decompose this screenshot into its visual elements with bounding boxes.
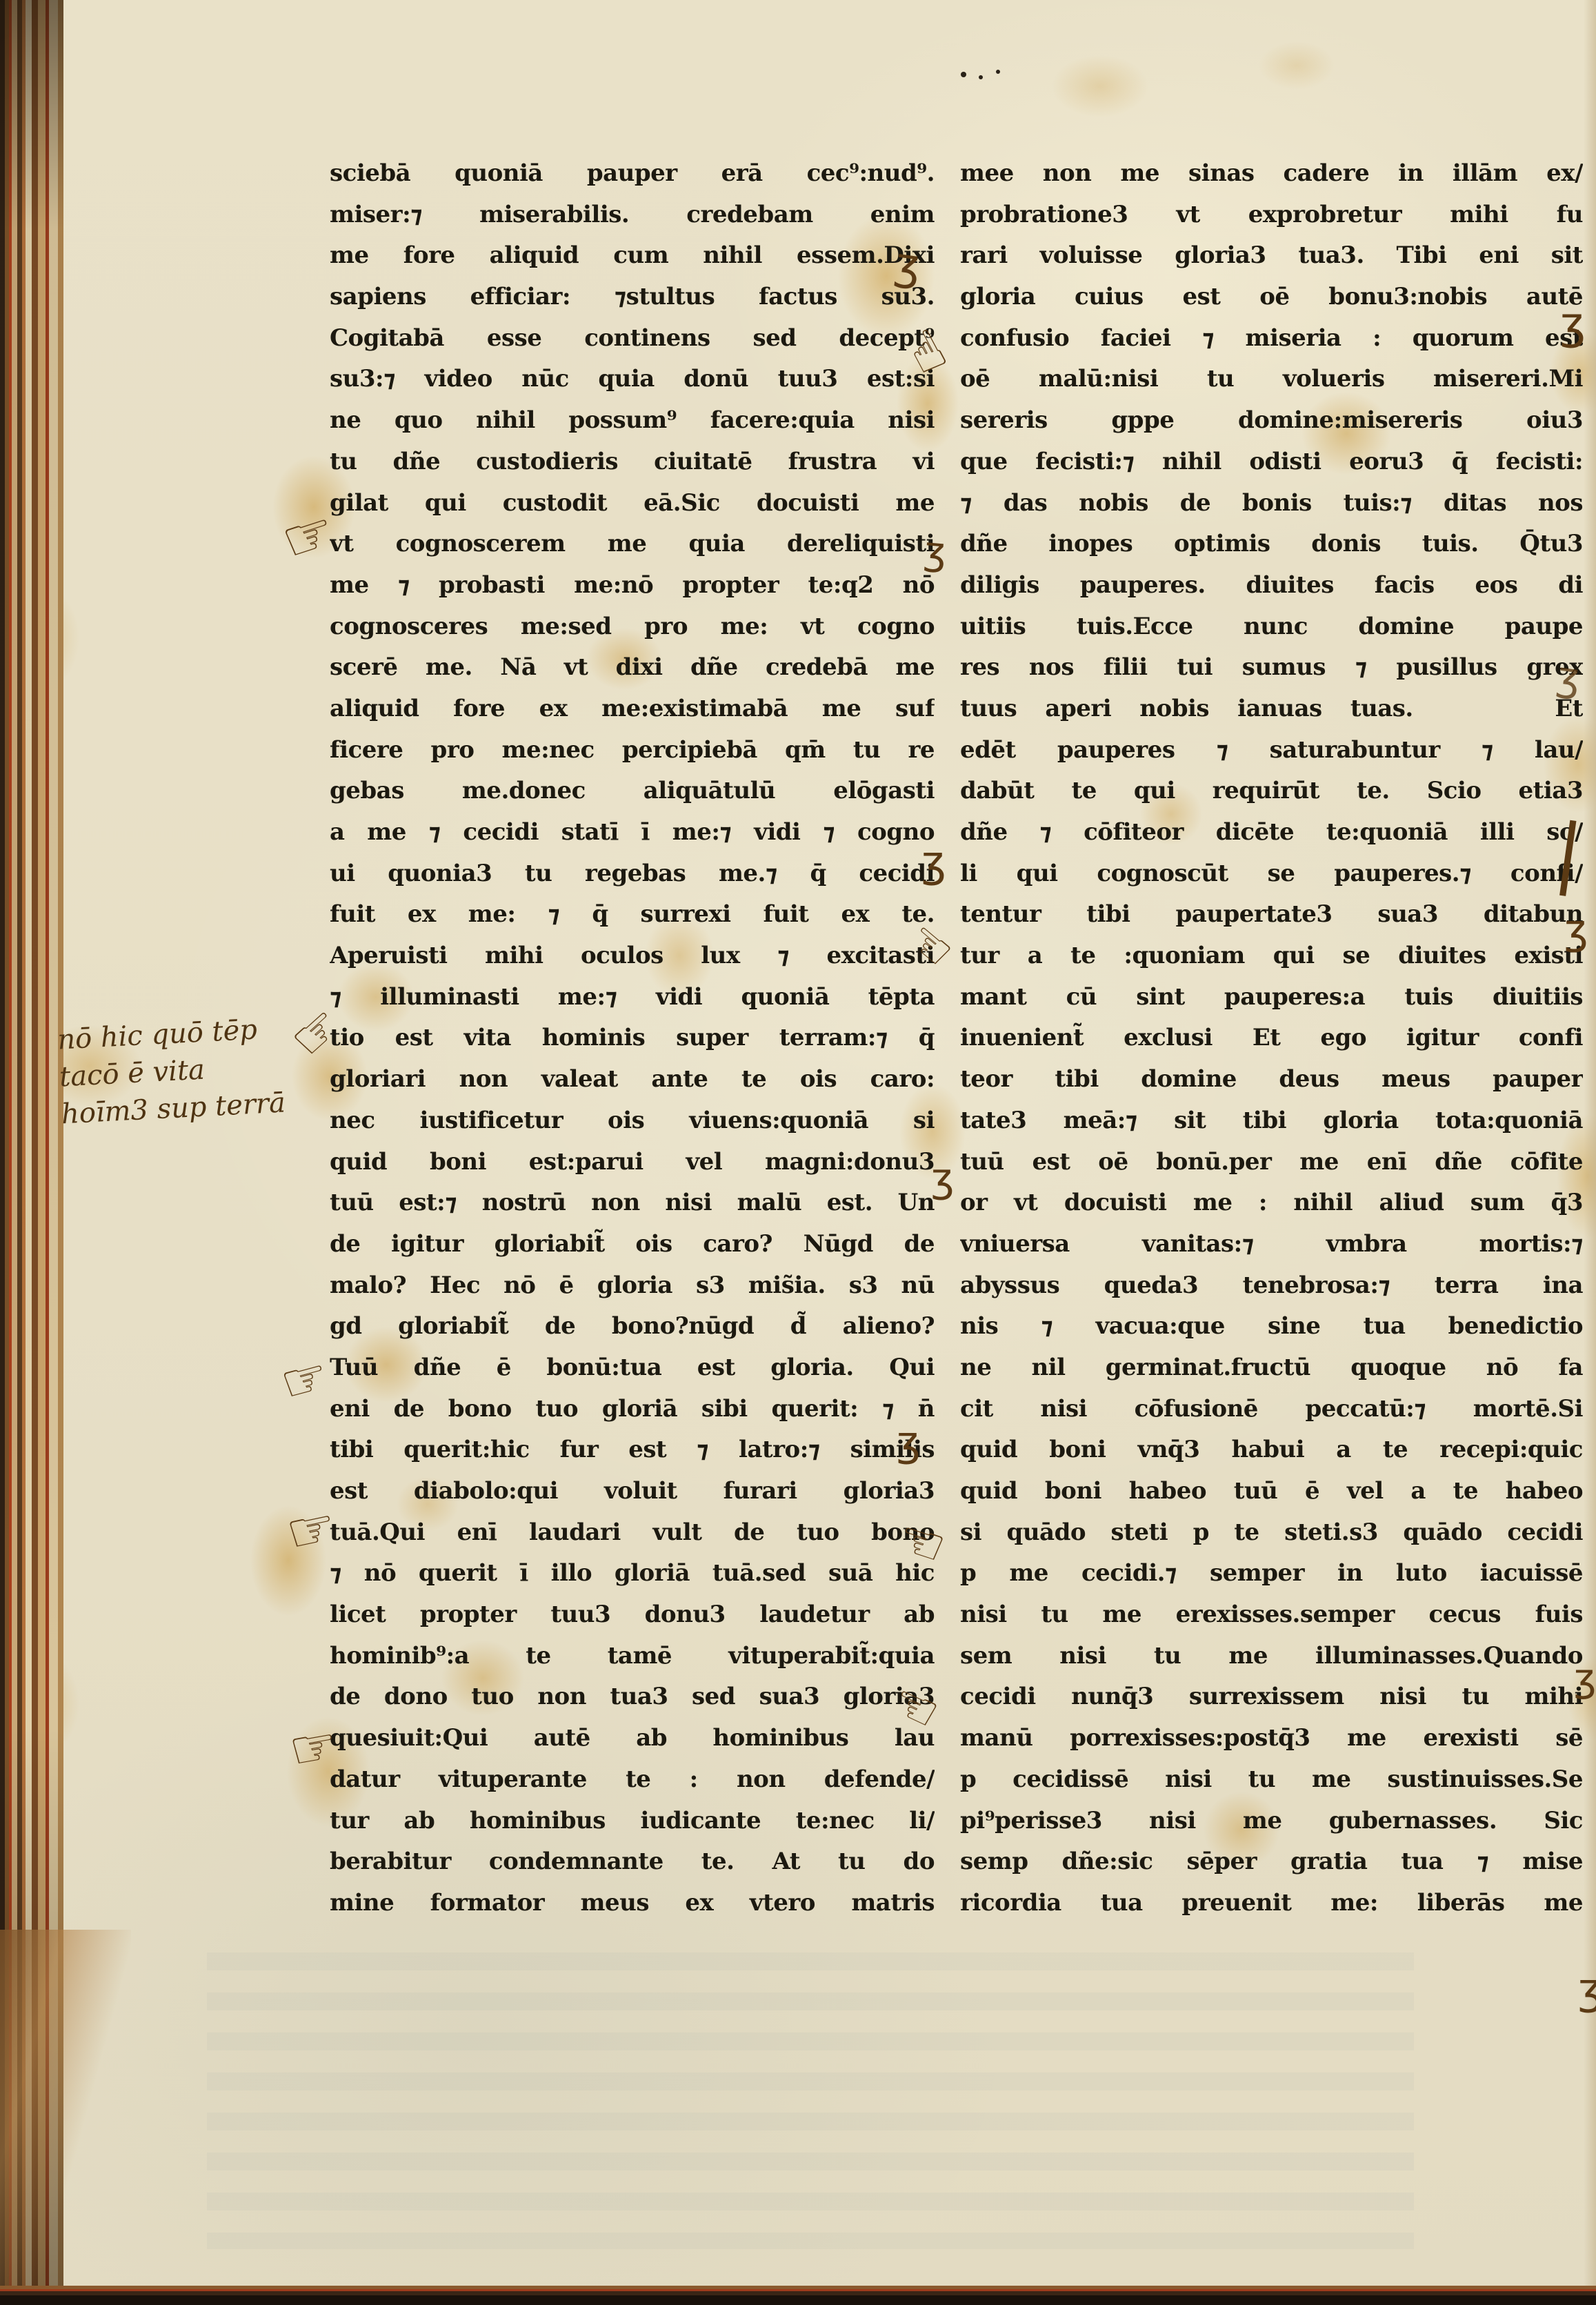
text-line: cit nisi cōfusionē peccatū:⁊ mortē.Si xyxy=(960,1389,1583,1430)
text-line: malo? Hec nō ē gloria s3 mis̃ia. s3 nū xyxy=(330,1265,935,1307)
text-line: de dono tuo non tua3 sed sua3 gloria3 xyxy=(330,1676,935,1718)
text-line: cognosceres me:sed pro me: vt cogno xyxy=(330,606,935,648)
handwritten-margin-note: nō hic quō tēptacō ē vitahoīm3 sup terrā xyxy=(57,1010,286,1134)
text-line: miser:⁊ miserabilis. credebam enim xyxy=(330,195,935,236)
text-line: nis ⁊ vacua:que sine tua benedictio xyxy=(960,1306,1583,1347)
verso-bleed-through xyxy=(207,1952,1414,2249)
text-line: gloria cuius est oē bonu3:nobis autē xyxy=(960,277,1583,318)
flourish-icon: ʒ xyxy=(1560,302,1586,346)
text-line: eni de bono tuo gloriā sibi querit: ⁊ n̄ xyxy=(330,1389,935,1430)
text-column-right: mee non me sinas cadere in illām ex/prob… xyxy=(960,153,1583,1924)
flourish-icon: ʒ xyxy=(931,1158,955,1198)
text-line: tur ab hominibus iudicante te:nec li/ xyxy=(330,1801,935,1842)
text-line: inuenient̃ exclusi Et ego igitur confi xyxy=(960,1018,1583,1059)
text-line: que fecisti:⁊ nihil odisti eoru3 q̄ feci… xyxy=(960,442,1583,483)
text-line: ricordia tua preuenit me: liberās me xyxy=(960,1883,1583,1924)
text-line: mant cū sint pauperes:a tuis diuitiis xyxy=(960,977,1583,1018)
text-line: Tuū dñe ē bonū:tua est gloria. Qui xyxy=(330,1347,935,1389)
text-line: tio est vita hominis super terram:⁊ q̄ xyxy=(330,1018,935,1059)
text-line: tate3 meā:⁊ sit tibi gloria tota:quoniā xyxy=(960,1100,1583,1142)
text-line: quid boni est:parui vel magni:donu3 xyxy=(330,1142,935,1183)
text-line: teor tibi domine deus meus pauper xyxy=(960,1059,1583,1100)
text-line: uitiis tuis.Ecce nunc domine paupe xyxy=(960,606,1583,648)
text-line: me ⁊ probasti me:nō propter te:q2 nō xyxy=(330,565,935,606)
text-line: me fore aliquid cum nihil essem.Dixi xyxy=(330,235,935,277)
text-line: est diabolo:qui voluit furari gloria3 xyxy=(330,1471,935,1512)
text-line: oē malū:nisi tu volueris misereri.Mi xyxy=(960,359,1583,400)
text-line: sapiens efficiar: ⁊stultus factus su3. xyxy=(330,277,935,318)
manicule-icon: ☞ xyxy=(286,1718,342,1779)
text-line: edēt pauperes ⁊ saturabuntur ⁊ lau/ xyxy=(960,730,1583,771)
speck xyxy=(996,70,1000,74)
text-line: tentur tibi paupertate3 sua3 ditabun xyxy=(960,894,1583,936)
text-line: dabūt te qui requirūt te. Scio etia3 xyxy=(960,771,1583,812)
text-line: licet propter tuu3 donu3 laudetur ab xyxy=(330,1594,935,1636)
text-line: pi⁹perisse3 nisi me gubernasses. Sic xyxy=(960,1801,1583,1842)
text-line: gd gloriabit̃ de bono?nūgd d̃ alieno? xyxy=(330,1306,935,1347)
text-line: p me cecidi.⁊ semper in luto iacuissē xyxy=(960,1553,1583,1594)
text-line: hominib⁹:a te tamē vituperabit̃:quia xyxy=(330,1636,935,1677)
text-line: tur a te :quoniam qui se diuites existi xyxy=(960,936,1583,977)
text-line: p cecidissē nisi tu me sustinuisses.Se xyxy=(960,1759,1583,1801)
text-line: ficere pro me:nec percipiebā qm̄ tu re xyxy=(330,730,935,771)
text-line: gloriari non valeat ante te ois caro: xyxy=(330,1059,935,1100)
text-line: dñe ⁊ cōfiteor dicēte te:quoniā illi so/ xyxy=(960,812,1583,853)
text-line: tuā.Qui enī laudari vult de tuo bono xyxy=(330,1512,935,1554)
text-line: quid boni habeo tuū ē vel a te habeo xyxy=(960,1471,1583,1512)
text-line: datur vituperante te : non defende/ xyxy=(330,1759,935,1801)
text-line: tibi querit:hic fur est ⁊ latro:⁊ simili… xyxy=(330,1430,935,1471)
text-column-left: sciebā quoniā pauper erā cec⁹:nud⁹.miser… xyxy=(330,153,935,1924)
text-line: manū porrexisses:postq̄3 me erexisti sē xyxy=(960,1718,1583,1759)
binding-corner-wedge xyxy=(0,1930,131,2288)
text-line: de igitur gloriabit̃ ois caro? Nūgd de xyxy=(330,1224,935,1265)
flourish-icon: ʒ xyxy=(1564,909,1588,951)
text-line: li qui cognoscūt se pauperes.⁊ confi/ xyxy=(960,853,1583,895)
text-line: nisi tu me erexisses.semper cecus fuis xyxy=(960,1594,1583,1636)
speck xyxy=(961,72,966,77)
text-line: ⁊ das nobis de bonis tuis:⁊ ditas nos xyxy=(960,483,1583,524)
text-line: abyssus queda3 tenebrosa:⁊ terra ina xyxy=(960,1265,1583,1307)
speck xyxy=(979,75,983,79)
text-line: cecidi nunq̄3 surrexissem nisi tu mihi xyxy=(960,1676,1583,1718)
text-line: Cogitabā esse continens sed decept⁹ xyxy=(330,318,935,359)
text-line: berabitur condemnante te. At tu do xyxy=(330,1841,935,1883)
text-line: dñe inopes optimis donis tuis. Q̄tu3 xyxy=(960,524,1583,565)
text-line: tuū est oē bonū.per me enī dñe cōfite xyxy=(960,1142,1583,1183)
text-line: Aperuisti mihi oculos lux ⁊ excitasti xyxy=(330,936,935,977)
text-line: ⁊ nō querit ī illo gloriā tuā.sed suā hi… xyxy=(330,1553,935,1594)
text-line: gilat qui custodit eā.Sic docuisti me xyxy=(330,483,935,524)
page-bottom-edge xyxy=(0,2286,1596,2305)
text-line: mee non me sinas cadere in illām ex/ xyxy=(960,153,1583,195)
text-line: tuus aperi nobis ianuas tuas. Et xyxy=(960,689,1583,730)
stain xyxy=(1259,41,1335,90)
flourish-icon: ʒ xyxy=(1574,1659,1596,1698)
text-line: vt cognoscerem me quia dereliquisti xyxy=(330,524,935,565)
text-line: ne nil germinat.fructū quoque nō fa xyxy=(960,1347,1583,1389)
text-line: sereris gppe domine:misereris oiu3 xyxy=(960,400,1583,442)
flourish-icon: ʒ xyxy=(897,1421,921,1463)
flourish-icon: ʒ xyxy=(921,840,946,883)
text-line: rari voluisse gloria3 tua3. Tibi eni sit xyxy=(960,235,1583,277)
text-line: aliquid fore ex me:existimabā me suf xyxy=(330,689,935,730)
flourish-icon: ʒ xyxy=(1578,1968,1596,2010)
flourish-icon: ʒ xyxy=(923,532,948,573)
text-line: ne quo nihil possum⁹ facere:quia nisi xyxy=(330,400,935,442)
text-line: confusio faciei ⁊ miseria : quorum est xyxy=(960,318,1583,359)
text-line: sciebā quoniā pauper erā cec⁹:nud⁹. xyxy=(330,153,935,195)
text-line: nec iustificetur ois viuens:quoniā si xyxy=(330,1100,935,1142)
text-line: probratione3 vt exprobretur mihi fu xyxy=(960,195,1583,236)
text-line: quesiuit:Qui autē ab hominibus lau xyxy=(330,1718,935,1759)
text-line: gebas me.donec aliquātulū elōgasti xyxy=(330,771,935,812)
text-line: sem nisi tu me illuminasses.Quando xyxy=(960,1636,1583,1677)
manicule-icon: ☞ xyxy=(275,1348,334,1411)
text-line: quid boni vnq̄3 habui a te recepi:quic xyxy=(960,1430,1583,1471)
text-line: a me ⁊ cecidi statī ī me:⁊ vidi ⁊ cogno xyxy=(330,812,935,853)
text-line: su3:⁊ video nūc quia donū tuu3 est:si xyxy=(330,359,935,400)
text-line: ⁊ illuminasti me:⁊ vidi quoniā tēpta xyxy=(330,977,935,1018)
text-line: fuit ex me: ⁊ q̄ surrexi fuit ex te. xyxy=(330,894,935,936)
text-line: semp dñe:sic sēper gratia tua ⁊ mise xyxy=(960,1841,1583,1883)
text-line: or vt docuisti me : nihil aliud sum q̄3 xyxy=(960,1183,1583,1224)
text-line: tu dñe custodieris ciuitatē frustra vi xyxy=(330,442,935,483)
text-line: vniuersa vanitas:⁊ vmbra mortis:⁊ xyxy=(960,1224,1583,1265)
stain xyxy=(1052,55,1148,117)
text-line: ui quonia3 tu regebas me.⁊ q̄ cecidi xyxy=(330,853,935,895)
book-page: sciebā quoniā pauper erā cec⁹:nud⁹.miser… xyxy=(0,0,1596,2305)
text-line: diligis pauperes. diuites facis eos di xyxy=(960,565,1583,606)
text-line: res nos filii tui sumus ⁊ pusillus grex xyxy=(960,647,1583,689)
text-line: tuū est:⁊ nostrū non nisi malū est. Un xyxy=(330,1183,935,1224)
text-line: scerē me. Nā vt dixi dñe credebā me xyxy=(330,647,935,689)
text-line: si quādo steti p te steti.s3 quādo cecid… xyxy=(960,1512,1583,1554)
text-line: mine formator meus ex vtero matris xyxy=(330,1883,935,1924)
